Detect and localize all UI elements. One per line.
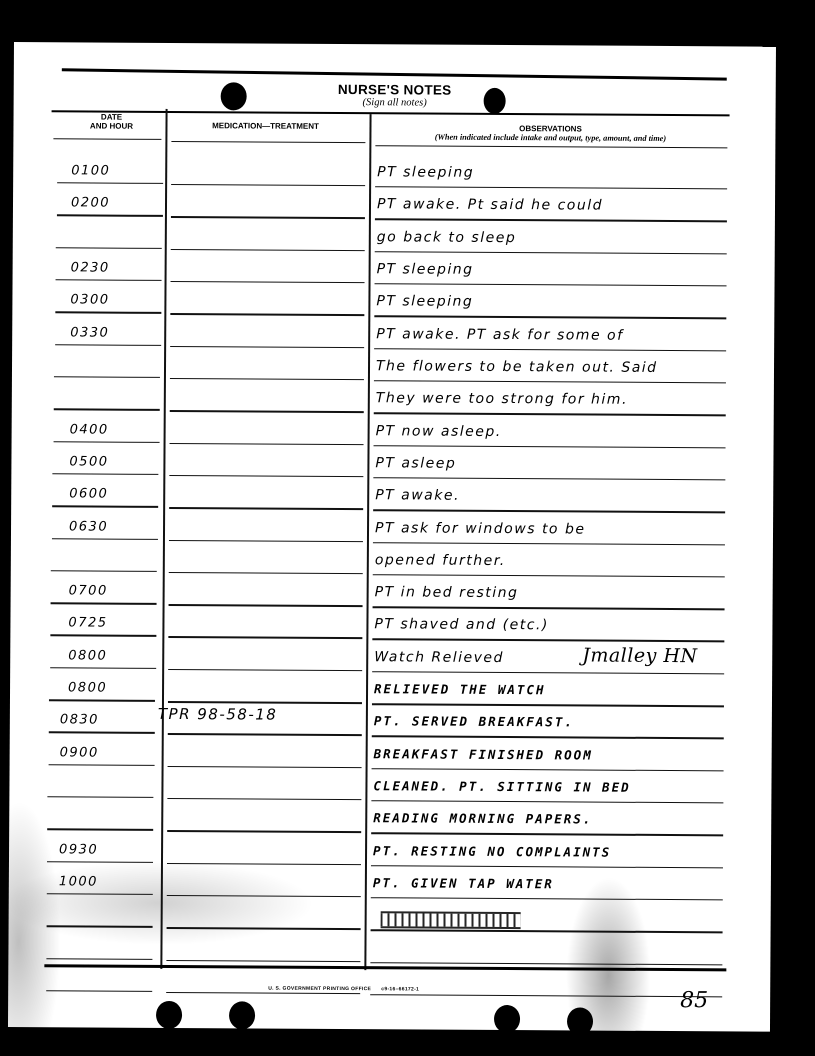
entry-observation: PT shaved and (etc.) [374, 617, 548, 634]
row-rule [167, 798, 361, 801]
row-rule [374, 315, 726, 319]
row-rule [374, 445, 726, 449]
entry-observation: PT ask for windows to be [375, 520, 586, 537]
row-rule [372, 768, 724, 772]
entry-observation: RELIEVED THE WATCH [374, 681, 546, 697]
row-rule [169, 507, 363, 510]
punch-hole-bottom-2 [229, 1001, 255, 1029]
entry-time: 1000 [59, 874, 98, 889]
column-divider-1 [160, 109, 167, 969]
row-rule [170, 410, 364, 413]
row-rule [373, 477, 725, 481]
row-rule [170, 346, 364, 349]
row-rule [53, 441, 159, 443]
entry-observation: PT awake. Pt said he could [377, 197, 603, 214]
row-rule [168, 669, 362, 672]
row-rule [169, 475, 363, 478]
row-rule [51, 602, 157, 604]
row-rule [370, 962, 722, 966]
row-rule [46, 958, 152, 960]
row-rule [372, 639, 724, 643]
entry-observation: PT. SERVED BREAKFAST. [374, 714, 574, 730]
row-rule [167, 927, 361, 930]
entry-observation: PT in bed resting [375, 584, 519, 601]
row-rule [170, 313, 364, 316]
row-rule [370, 994, 722, 998]
row-rule [51, 570, 157, 572]
row-rule [371, 865, 723, 869]
row-rule [168, 733, 362, 736]
row-rule [50, 635, 156, 637]
column-divider-2 [364, 114, 371, 970]
entry-observation: PT sleeping [377, 164, 474, 181]
row-rule [169, 539, 363, 542]
row-rule [170, 443, 364, 446]
row-rule [167, 895, 361, 898]
row-rule [371, 800, 723, 804]
entry-medication: TPR 98-58-18 [158, 705, 278, 724]
row-rule [372, 671, 724, 675]
row-rule [57, 215, 163, 217]
row-rule [166, 960, 360, 963]
row-rule [168, 636, 362, 639]
entry-observation: PT sleeping [377, 261, 474, 278]
entry-observation: They were too strong for him. [376, 390, 628, 408]
row-rule [55, 312, 161, 314]
entry-observation: BREAKFAST FINISHED ROOM [374, 746, 593, 762]
entry-time: 0900 [60, 745, 99, 760]
punch-hole-bottom-3 [494, 1005, 520, 1033]
row-rule [171, 216, 365, 219]
top-rule [62, 68, 727, 80]
printer-imprint: U. S. GOVERNMENT PRINTING OFFICE c9-16–6… [268, 986, 419, 993]
row-rule [56, 247, 162, 249]
entry-time: 0700 [69, 584, 108, 599]
row-rule [374, 348, 726, 352]
row-rule [371, 833, 723, 837]
nurses-notes-sheet: NURSE'S NOTES (Sign all notes) DATE AND … [8, 42, 776, 1032]
entry-time: 0600 [69, 487, 108, 502]
entry-time: 0100 [71, 163, 110, 178]
row-rule [372, 736, 724, 740]
punch-hole-bottom-1 [156, 1001, 182, 1029]
entry-observation: PT awake. [375, 487, 460, 504]
row-rule [52, 538, 158, 540]
row-rule [166, 992, 360, 995]
row-rule [48, 764, 154, 766]
row-rule [373, 509, 725, 513]
date-hour-header: DATE AND HOUR [61, 112, 161, 131]
row-rule [371, 930, 723, 934]
struck-out-entry [381, 912, 521, 930]
row-rule [171, 249, 365, 252]
row-rule [371, 897, 723, 901]
row-rule [53, 473, 159, 475]
row-rule [54, 408, 160, 410]
row-rule [46, 990, 152, 992]
entry-time: 0200 [71, 196, 110, 211]
row-rule [373, 542, 725, 546]
entry-observation: PT sleeping [376, 293, 473, 310]
entry-time: 0930 [59, 842, 98, 857]
row-rule [375, 283, 727, 287]
row-rule [47, 893, 153, 895]
row-rule [167, 830, 361, 833]
row-rule [375, 251, 727, 255]
row-rule [48, 796, 154, 798]
bottom-rule [44, 964, 726, 971]
entry-observation: PT asleep [375, 455, 456, 471]
entry-time: 0330 [70, 325, 109, 340]
row-rule [374, 380, 726, 384]
row-rule [375, 186, 727, 190]
entry-observation: PT awake. PT ask for some of [376, 326, 623, 344]
entry-observation: CLEANED. PT. SITTING IN BED [373, 778, 630, 795]
entry-observation: PT now asleep. [376, 423, 502, 440]
entry-time: 0830 [60, 713, 99, 728]
entry-time: 0400 [70, 422, 109, 437]
entry-time: 0630 [69, 519, 108, 534]
entry-observation: PT. RESTING NO COMPLAINTS [373, 843, 611, 859]
observations-header: OBSERVATIONS (When indicated include int… [375, 123, 725, 143]
entry-time: 0800 [68, 648, 107, 663]
row-rule [49, 699, 155, 701]
row-rule [373, 606, 725, 610]
page-number: 85 [680, 988, 708, 1013]
entry-observation: opened further. [375, 552, 506, 569]
row-rule [373, 574, 725, 578]
entry-observation: PT. GIVEN TAP WATER [373, 875, 554, 891]
row-rule [169, 572, 363, 575]
punch-hole-bottom-4 [567, 1007, 593, 1035]
nurse-signature: Jmalley HN [582, 644, 697, 667]
row-rule [47, 926, 153, 928]
row-rule [168, 766, 362, 769]
row-rule [47, 861, 153, 863]
medication-header: MEDICATION—TREATMENT [167, 121, 363, 131]
row-rule [52, 505, 158, 507]
entry-observation: go back to sleep [377, 229, 517, 246]
row-rule [171, 281, 365, 284]
row-rule [57, 182, 163, 184]
row-rule [49, 732, 155, 734]
row-rule [169, 604, 363, 607]
row-rule [56, 279, 162, 281]
row-rule [170, 378, 364, 381]
row-rule [372, 703, 724, 707]
entry-time: 0500 [69, 454, 108, 469]
row-rule [168, 701, 362, 704]
row-rule [54, 376, 160, 378]
entry-time: 0230 [71, 260, 110, 275]
row-rule [47, 829, 153, 831]
row-rule [171, 184, 365, 187]
entry-observation: The flowers to be taken out. Said [376, 358, 658, 376]
entry-observation: READING MORNING PAPERS. [373, 811, 592, 827]
entry-observation: Watch Relieved [374, 649, 504, 666]
entry-time: 0725 [68, 616, 107, 631]
entries-table: 0100PT sleeping0200PT awake. Pt said he … [14, 42, 776, 47]
row-rule [167, 863, 361, 866]
row-rule [55, 344, 161, 346]
row-rule [374, 412, 726, 416]
entry-time: 0300 [70, 293, 109, 308]
row-rule [375, 219, 727, 223]
row-rule [50, 667, 156, 669]
entry-time: 0800 [68, 680, 107, 695]
